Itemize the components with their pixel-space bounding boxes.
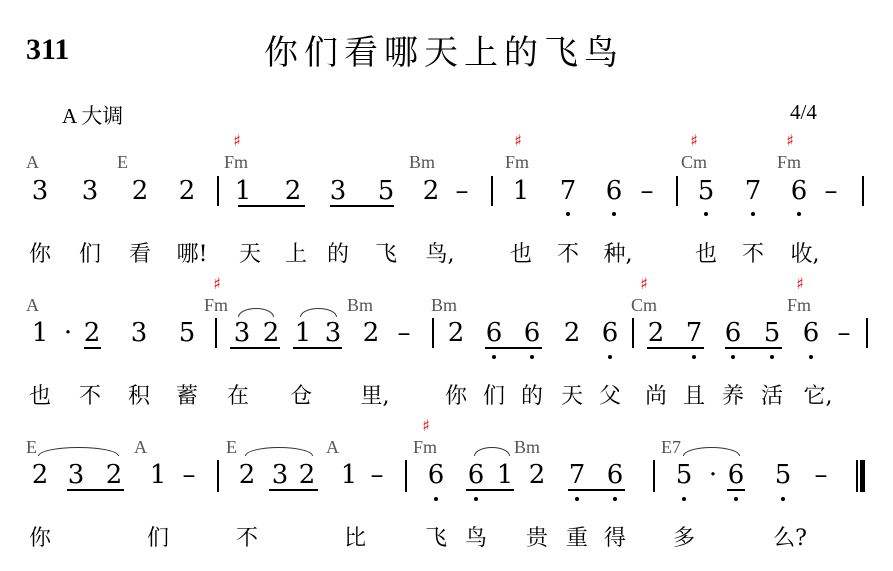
- lyric-syllable: 得: [604, 527, 626, 551]
- sustain-dash: –: [815, 462, 828, 488]
- note: 1: [295, 320, 312, 346]
- low-octave-dot: [692, 355, 696, 359]
- eighth-underline: [725, 347, 782, 349]
- note: 2: [84, 320, 101, 346]
- note: 6: [728, 462, 745, 488]
- note: 2: [263, 320, 280, 346]
- note: 5: [775, 462, 792, 488]
- eighth-underline: [269, 489, 318, 491]
- sharp-icon: ♯: [690, 133, 698, 149]
- key-signature: A 大调: [62, 100, 123, 130]
- note: 1: [513, 178, 530, 204]
- note: 7: [686, 320, 703, 346]
- note: 5: [764, 320, 781, 346]
- eighth-underline: [67, 489, 124, 491]
- barline: [676, 176, 678, 206]
- lyric-syllable: 养: [722, 385, 744, 409]
- lyric-syllable: 飞: [375, 243, 397, 267]
- barline: [862, 176, 864, 206]
- lyric-syllable: 们: [483, 385, 505, 409]
- eighth-underline: [485, 347, 542, 349]
- note: 3: [131, 320, 148, 346]
- note: 1: [497, 462, 514, 488]
- note: 2: [299, 462, 316, 488]
- lyric-syllable: 你: [445, 385, 467, 409]
- note: 3: [32, 178, 49, 204]
- barline: [405, 460, 407, 492]
- lyric-syllable: 上: [285, 243, 307, 267]
- lyric-syllable: 们: [79, 243, 101, 267]
- sustain-dash: –: [641, 178, 654, 204]
- low-octave-dot: [704, 212, 708, 216]
- note: 2: [648, 320, 665, 346]
- eighth-underline: [84, 347, 101, 349]
- low-octave-dot: [474, 497, 478, 501]
- low-octave-dot: [434, 497, 438, 501]
- sharp-icon: ♯: [514, 133, 522, 149]
- chord-label: Bm: [347, 296, 373, 314]
- note: 6: [428, 462, 445, 488]
- eighth-underline: [568, 489, 625, 491]
- note: 2: [564, 320, 581, 346]
- note: 6: [791, 178, 808, 204]
- lyric-syllable: 收,: [791, 243, 820, 267]
- sharp-icon: ♯: [796, 276, 804, 292]
- lyric-syllable: 尚: [645, 385, 667, 409]
- chord-label: Fm: [777, 153, 801, 171]
- dotted-rhythm: ·: [64, 320, 72, 346]
- note: 2: [239, 462, 256, 488]
- lyric-syllable: 且: [683, 385, 705, 409]
- low-octave-dot: [530, 355, 534, 359]
- barline: [653, 460, 655, 492]
- chord-label: Bm: [409, 153, 435, 171]
- lyric-syllable: 父: [599, 385, 621, 409]
- lyric-syllable: 种,: [604, 243, 633, 267]
- chord-label: E7: [661, 438, 681, 456]
- note: 3: [68, 462, 85, 488]
- note: 6: [468, 462, 485, 488]
- low-octave-dot: [781, 497, 785, 501]
- low-octave-dot: [566, 212, 570, 216]
- note: 1: [235, 178, 252, 204]
- lyric-syllable: 天: [239, 243, 261, 267]
- sharp-icon: ♯: [213, 276, 221, 292]
- lyric-syllable: 里,: [361, 385, 390, 409]
- note: 6: [607, 462, 624, 488]
- barline: [866, 318, 868, 348]
- barline: [217, 460, 219, 492]
- chord-label: Bm: [431, 296, 457, 314]
- note: 3: [234, 320, 251, 346]
- sustain-dash: –: [838, 320, 851, 346]
- sustain-dash: –: [371, 462, 384, 488]
- sustain-dash: –: [183, 462, 196, 488]
- chord-label: E: [226, 438, 237, 456]
- final-barline-thick: [860, 460, 865, 492]
- dotted-rhythm: ·: [709, 462, 717, 488]
- note: 7: [569, 462, 586, 488]
- barline: [432, 318, 434, 348]
- lyric-syllable: 的: [327, 243, 349, 267]
- final-barline-thin: [856, 460, 858, 492]
- lyric-syllable: 也: [29, 385, 51, 409]
- note: 7: [745, 178, 762, 204]
- slur: [238, 308, 274, 317]
- note: 5: [179, 320, 196, 346]
- note: 1: [341, 462, 358, 488]
- slur: [683, 447, 740, 456]
- lyric-syllable: 贵: [526, 527, 548, 551]
- chord-label: A: [134, 438, 147, 456]
- lyric-syllable: 天: [561, 385, 583, 409]
- lyric-syllable: 哪!: [177, 243, 208, 267]
- slur: [245, 447, 313, 456]
- lyric-syllable: 的: [521, 385, 543, 409]
- lyric-syllable: 仓: [290, 385, 312, 409]
- eighth-underline: [466, 489, 514, 491]
- lyric-syllable: 在: [227, 385, 249, 409]
- note: 6: [803, 320, 820, 346]
- lyric-syllable: 你: [29, 243, 51, 267]
- lyric-syllable: 么?: [773, 527, 807, 551]
- note: 7: [560, 178, 577, 204]
- low-octave-dot: [770, 355, 774, 359]
- barline: [217, 176, 219, 206]
- sharp-icon: ♯: [640, 276, 648, 292]
- note: 2: [32, 462, 49, 488]
- lyric-syllable: 重: [566, 527, 588, 551]
- eighth-underline: [727, 489, 745, 491]
- lyric-syllable: 不: [236, 527, 258, 551]
- note: 2: [179, 178, 196, 204]
- chord-label: Cm: [681, 153, 707, 171]
- note: 6: [524, 320, 541, 346]
- low-octave-dot: [751, 212, 755, 216]
- page-title: 你们看哪天上的飞鸟: [264, 25, 624, 74]
- lyric-syllable: 们: [147, 527, 169, 551]
- note: 2: [132, 178, 149, 204]
- chord-label: A: [326, 438, 339, 456]
- low-octave-dot: [492, 355, 496, 359]
- slur: [300, 308, 337, 317]
- barline: [491, 176, 493, 206]
- eighth-underline: [238, 205, 305, 207]
- eighth-underline: [330, 205, 394, 207]
- lyric-syllable: 不: [79, 385, 101, 409]
- lyric-syllable: 你: [29, 527, 51, 551]
- lyric-syllable: 鸟,: [426, 243, 455, 267]
- chord-label: Fm: [787, 296, 811, 314]
- sharp-icon: ♯: [786, 133, 794, 149]
- lyric-syllable: 看: [129, 243, 151, 267]
- lyric-syllable: 飞: [425, 527, 447, 551]
- chord-label: Fm: [224, 153, 248, 171]
- low-octave-dot: [608, 355, 612, 359]
- low-octave-dot: [612, 212, 616, 216]
- low-octave-dot: [682, 497, 686, 501]
- note: 3: [82, 178, 99, 204]
- eighth-underline: [293, 347, 342, 349]
- chord-label: Cm: [631, 296, 657, 314]
- lyric-syllable: 积: [128, 385, 150, 409]
- chord-label: Bm: [514, 438, 540, 456]
- chord-label: Fm: [505, 153, 529, 171]
- sharp-icon: ♯: [233, 133, 241, 149]
- chord-label: Fm: [413, 438, 437, 456]
- low-octave-dot: [809, 355, 813, 359]
- lyric-syllable: 也: [510, 243, 532, 267]
- note: 5: [378, 178, 395, 204]
- time-signature: 4/4: [790, 100, 817, 125]
- note: 3: [330, 178, 347, 204]
- sustain-dash: –: [456, 178, 469, 204]
- note: 1: [32, 320, 49, 346]
- note: 6: [725, 320, 742, 346]
- lyric-syllable: 比: [344, 527, 366, 551]
- note: 2: [423, 178, 440, 204]
- slur: [38, 447, 119, 456]
- low-octave-dot: [797, 212, 801, 216]
- hymn-number: 311: [26, 33, 69, 67]
- low-octave-dot: [613, 497, 617, 501]
- barline: [215, 318, 217, 348]
- chord-label: E: [117, 153, 128, 171]
- note: 5: [698, 178, 715, 204]
- note: 6: [602, 320, 619, 346]
- sustain-dash: –: [825, 178, 838, 204]
- chord-label: A: [26, 296, 39, 314]
- lyric-syllable: 也: [695, 243, 717, 267]
- note: 5: [676, 462, 693, 488]
- barline: [632, 318, 634, 348]
- chord-label: E: [26, 438, 37, 456]
- note: 6: [606, 178, 623, 204]
- note: 3: [272, 462, 289, 488]
- note: 3: [325, 320, 342, 346]
- note: 6: [486, 320, 503, 346]
- sustain-dash: –: [398, 320, 411, 346]
- note: 2: [285, 178, 302, 204]
- eighth-underline: [647, 347, 704, 349]
- chord-label: Fm: [204, 296, 228, 314]
- low-octave-dot: [731, 355, 735, 359]
- slur: [474, 447, 510, 456]
- note: 2: [448, 320, 465, 346]
- note: 1: [150, 462, 167, 488]
- lyric-syllable: 蓄: [176, 385, 198, 409]
- lyric-syllable: 不: [557, 243, 579, 267]
- sharp-icon: ♯: [422, 418, 430, 434]
- low-octave-dot: [575, 497, 579, 501]
- note: 2: [363, 320, 380, 346]
- lyric-syllable: 它,: [804, 385, 833, 409]
- lyric-syllable: 不: [742, 243, 764, 267]
- eighth-underline: [230, 347, 280, 349]
- low-octave-dot: [734, 497, 738, 501]
- lyric-syllable: 鸟: [465, 527, 487, 551]
- note: 2: [529, 462, 546, 488]
- lyric-syllable: 活: [761, 385, 783, 409]
- note: 2: [106, 462, 123, 488]
- lyric-syllable: 多: [673, 527, 695, 551]
- chord-label: A: [26, 153, 39, 171]
